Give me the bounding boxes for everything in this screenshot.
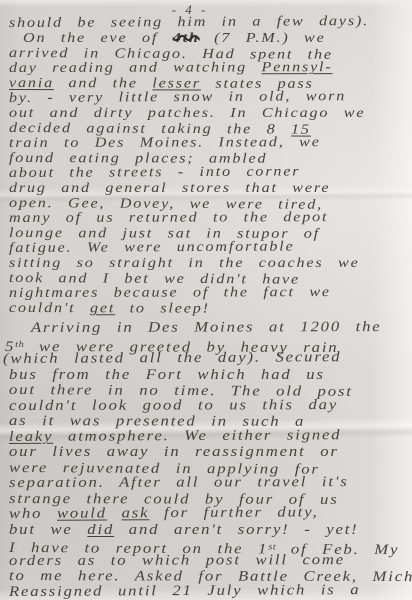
letter-text: and the — [54, 76, 152, 91]
letter-line: train to Des Moines. Instead, we — [9, 135, 412, 151]
letter-text: On the eve of — [23, 31, 173, 46]
letter-line: bus from the Fort which had us — [9, 368, 412, 384]
letter-text: fatigue. We were uncomfortable — [9, 239, 295, 256]
letter-paragraph: Arriving in Des Moines at 1200 the5th we… — [9, 321, 412, 600]
underlined-word: would — [57, 505, 107, 521]
underlined-word: leaky — [9, 428, 53, 444]
letter-line: nightmares because of the fact we — [9, 285, 412, 301]
underlined-word: vania — [9, 76, 54, 91]
letter-text: sitting so straight in the coaches we — [9, 256, 360, 271]
letter-text: day reading and watching — [9, 60, 262, 76]
letter-text: about the streets - into corner — [9, 164, 301, 181]
letter-text: atmosphere. We either signed — [53, 427, 341, 445]
letter-line: but we did and aren't sorry! - yet! — [9, 523, 412, 539]
letter-text: by. - very little snow in old, worn — [9, 89, 346, 106]
letter-text: couldn't — [9, 301, 90, 316]
letter-text: should be seeing him in a few days). — [9, 14, 369, 31]
letter-line: about the streets - into corner — [9, 163, 412, 181]
letter-text: (which lasted all the day). Secured — [3, 349, 342, 367]
letter-line: who would ask for further duty, — [9, 504, 412, 522]
letter-text: train to Des Moines. Instead, we — [9, 135, 321, 151]
letter-line: couldn't look good to us this day — [9, 397, 412, 414]
letter-line: couldn't get to sleep! — [9, 301, 412, 317]
letter-text — [107, 505, 122, 521]
letter-line: out and dirty patches. In Chicago we — [9, 106, 412, 121]
letter-text: orders as to which post will come — [9, 552, 345, 569]
letter-line: separation. After all our travel it's — [9, 475, 412, 492]
letter-text: but we — [9, 522, 87, 538]
letter-line: leaky atmosphere. We either signed — [9, 427, 412, 445]
struck-word: 4th — [173, 31, 200, 46]
letter-text: and aren't sorry! - yet! — [114, 522, 358, 538]
letter-text: separation. After all our travel it's — [9, 474, 349, 491]
letter-text: nightmares because of the fact we — [9, 285, 331, 301]
letter-line: sitting so straight in the coaches we — [9, 256, 412, 271]
letter-line: should be seeing him in a few days). — [9, 13, 412, 31]
letter-text: for further duty, — [149, 504, 318, 521]
letter-line: (which lasted all the day). Secured — [3, 349, 412, 367]
letter-line: Reassigned until 21 July which is a — [9, 582, 412, 600]
underlined-word: Pennsyl- — [261, 60, 332, 75]
underlined-word: did — [87, 522, 114, 538]
letter-text: many of us returned to the depot — [9, 210, 328, 226]
underlined-word: get — [90, 301, 115, 316]
letter-text: Reassigned until 21 July which is a — [9, 582, 361, 600]
letter-line: orders as to which post will come — [9, 552, 412, 569]
letter-text: (7 P.M.) we — [200, 31, 326, 46]
letter-line: On the eve of 4th (7 P.M.) we — [23, 31, 412, 46]
letter-text: who — [9, 506, 57, 522]
letter-text: drug and general stores that were — [9, 181, 330, 196]
letter-line: by. - very little snow in old, worn — [9, 88, 412, 106]
letter-page: - 4 - should be seeing him in a few days… — [0, 0, 412, 600]
letter-text: Arriving in Des Moines at 1200 the — [31, 319, 382, 336]
letter-text: couldn't look good to us this day — [9, 397, 338, 414]
letter-line: day reading and watching Pennsyl- — [9, 60, 412, 76]
letter-text: th — [15, 339, 24, 349]
letter-text: out and dirty patches. In Chicago we — [9, 106, 365, 121]
letter-line: Arriving in Des Moines at 1200 the — [31, 320, 412, 337]
underlined-word: ask — [121, 505, 149, 521]
letter-text: our lives away in reassignment or — [9, 444, 339, 460]
letter-text: to sleep! — [115, 301, 210, 316]
letter-text: bus from the Fort which had us — [9, 367, 325, 383]
letter-paragraph: should be seeing him in a few days).On t… — [9, 16, 412, 316]
letter-line: fatigue. We were uncomfortable — [9, 238, 412, 256]
letter-body: should be seeing him in a few days).On t… — [9, 16, 412, 600]
letter-line: our lives away in reassignment or — [9, 445, 412, 461]
letter-line: drug and general stores that were — [9, 181, 412, 196]
letter-line: many of us returned to the depot — [9, 210, 412, 226]
